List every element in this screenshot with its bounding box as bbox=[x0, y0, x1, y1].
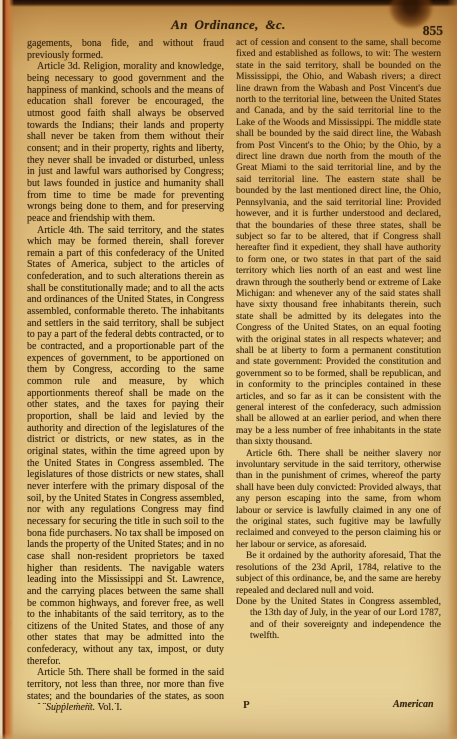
left-column: gagements, bona fide, and without fraud … bbox=[27, 38, 224, 704]
volume-signature-number: Vol. I. bbox=[97, 702, 122, 713]
paragraph: Article 3d. Religion, morality and knowl… bbox=[27, 61, 224, 224]
page-bottom-edge bbox=[0, 733, 457, 739]
paragraph: Article 4th. The said territory, and the… bbox=[27, 225, 224, 668]
paragraph: gagements, bona fide, and without fraud … bbox=[27, 38, 224, 61]
volume-signature-title: Supplement. bbox=[46, 702, 95, 713]
paragraph: Be it ordained by the authority aforesai… bbox=[236, 551, 441, 597]
paragraph: act of cession and consent to the same, … bbox=[236, 38, 441, 449]
paragraph: Article 6th. There shall be neither slav… bbox=[236, 449, 441, 552]
paragraph: Article 5th. There shall be formed in th… bbox=[27, 667, 224, 704]
page-number: 855 bbox=[423, 23, 443, 39]
right-column: act of cession and consent to the same, … bbox=[236, 38, 441, 704]
running-title: An Ordinance, &c. bbox=[0, 17, 457, 33]
page-right-edge bbox=[447, 0, 457, 739]
volume-signature: Supplement. Vol. I. bbox=[46, 702, 122, 713]
press-mark: P bbox=[243, 699, 250, 711]
catchword: American bbox=[393, 699, 434, 710]
binding-edge bbox=[0, 0, 14, 739]
page-top-edge bbox=[0, 0, 457, 7]
document-page: An Ordinance, &c. 855 gagements, bona fi… bbox=[0, 0, 457, 739]
paragraph: Done by the United States in Congress as… bbox=[236, 597, 441, 643]
